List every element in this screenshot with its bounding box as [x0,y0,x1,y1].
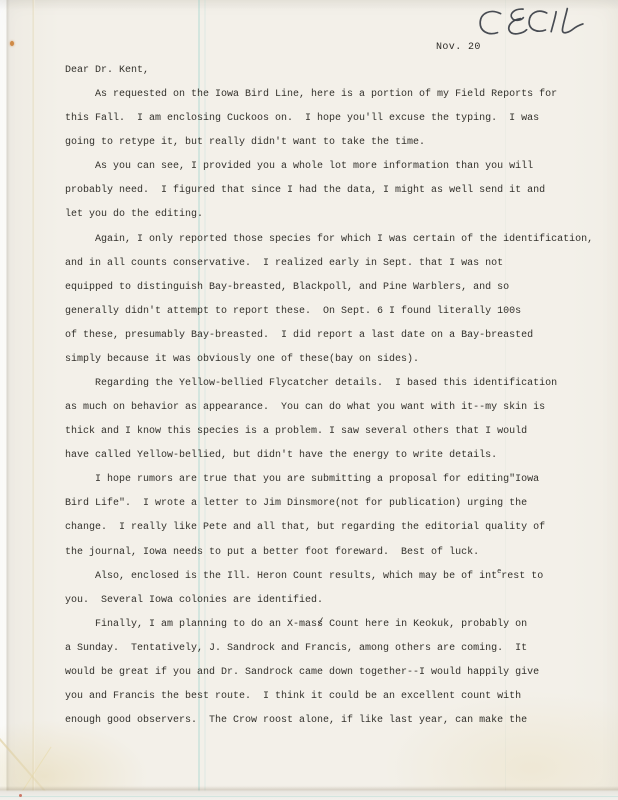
typed-line: change. I really like Pete and all that,… [65,521,610,545]
paper-bottom-edge [0,786,618,800]
typed-text: Count here in Keokuk, probably on [323,619,527,630]
typed-line: thick and I know this species is a probl… [65,425,610,449]
typed-line: would be great if you and Dr. Sandrock c… [65,666,610,690]
typed-line: of these, presumably Bay-breasted. I did… [65,329,610,353]
typed-text: Also, enclosed is the Ill. Heron Count r… [65,571,497,582]
typed-line: and in all counts conservative. I realiz… [65,257,610,281]
handwritten-name-cecil: CECIL [475,4,588,40]
typed-line: As you can see, I provided you a whole l… [65,160,610,184]
typed-line: Again, I only reported those species for… [65,233,610,257]
handwriting-ink-icon: CECIL [475,4,588,40]
typed-line: a Sunday. Tentatively, J. Sandrock and F… [65,642,610,666]
typed-line: simply because it was obviously one of t… [65,353,610,377]
typed-line: As requested on the Iowa Bird Line, here… [65,88,610,112]
typed-text: Finally, I am planning to do an X-mas [65,619,317,630]
typed-line: I hope rumors are true that you are subm… [65,473,610,497]
typed-text: rest to [501,571,543,582]
typed-line: generally didn't attempt to report these… [65,305,610,329]
letter-date: Nov. 20 [436,42,481,54]
scanned-letter-page: CECIL Nov. 20 Dear Dr. Kent, As requeste… [0,0,618,800]
typed-line: equipped to distinguish Bay-breasted, Bl… [65,281,610,305]
typed-line: enough good observers. The Crow roost al… [65,714,610,738]
typed-line: the journal, Iowa needs to put a better … [65,546,610,570]
typed-line: let you do the editing. [65,208,610,232]
typed-line: Also, enclosed is the Ill. Heron Count r… [65,570,610,594]
paper-speck [19,794,22,797]
typed-line: have called Yellow-bellied, but didn't h… [65,449,610,473]
typed-line: this Fall. I am enclosing Cuckoos on. I … [65,112,610,136]
typed-correction: s [317,618,323,632]
typed-line: you and Francis the best route. I think … [65,690,610,714]
typed-line: Regarding the Yellow-bellied Flycatcher … [65,377,610,401]
vertical-paper-crease [32,0,35,800]
letter-lines: Dear Dr. Kent, As requested on the Iowa … [65,64,610,738]
typed-line: as much on behavior as appearance. You c… [65,401,610,425]
scanner-artifact-line [0,796,618,797]
typed-line: probably need. I figured that since I ha… [65,184,610,208]
typed-line: Dear Dr. Kent, [65,64,610,88]
typed-line: Bird Life". I wrote a letter to Jim Dins… [65,497,610,521]
typed-line: you. Several Iowa colonies are identifie… [65,594,610,618]
typed-line: Finally, I am planning to do an X-mass C… [65,618,610,642]
typed-line: going to retype it, but really didn't wa… [65,136,610,160]
paper-speck [10,41,14,46]
typed-correction: e [497,568,501,576]
